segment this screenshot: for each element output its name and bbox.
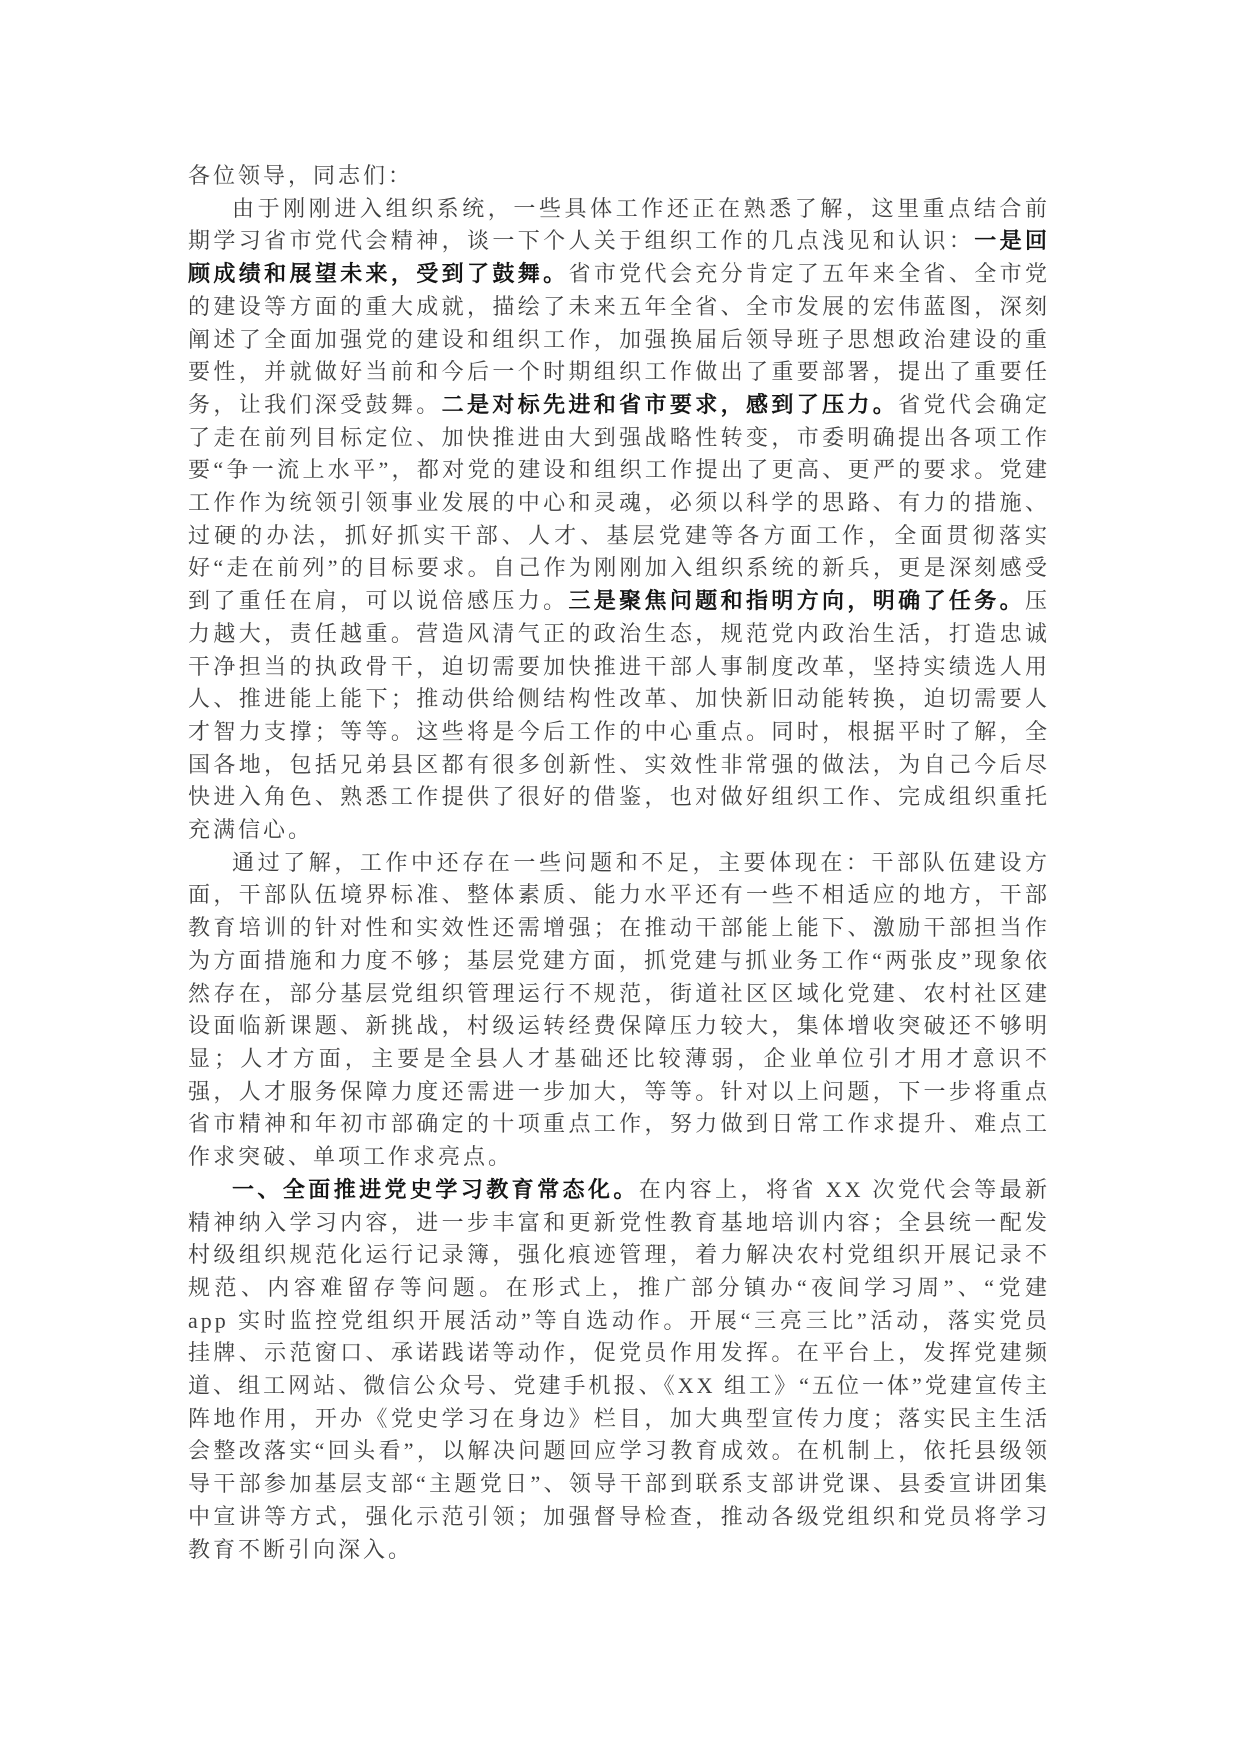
text-segment: 在内容上，将省 XX 次党代会等最新精神纳入学习内容，进一步丰富和更新党性教育基… (188, 1177, 1050, 1562)
paragraph: 一、全面推进党史学习教育常态化。在内容上，将省 XX 次党代会等最新精神纳入学习… (188, 1174, 1050, 1566)
paragraph: 由于刚刚进入组织系统，一些具体工作还正在熟悉了解，这里重点结合前期学习省市党代会… (188, 193, 1050, 847)
document-body: 由于刚刚进入组织系统，一些具体工作还正在熟悉了解，这里重点结合前期学习省市党代会… (188, 193, 1050, 1567)
text-segment: 通过了解，工作中还存在一些问题和不足，主要体现在：干部队伍建设方面，干部队伍境界… (188, 850, 1050, 1169)
text-segment: 省党代会确定了走在前列目标定位、加快推进由大到强战略性转变，市委明确提出各项工作… (188, 392, 1050, 613)
paragraph: 通过了解，工作中还存在一些问题和不足，主要体现在：干部队伍建设方面，干部队伍境界… (188, 847, 1050, 1174)
salutation: 各位领导，同志们： (188, 160, 1050, 193)
bold-emphasis: 三是聚焦问题和指明方向，明确了任务。 (568, 588, 1025, 613)
bold-emphasis: 二是对标先进和省市要求，感到了压力。 (442, 392, 899, 417)
text-segment: 压力越大，责任越重。营造风清气正的政治生态，规范党内政治生活，打造忠诚干净担当的… (188, 588, 1050, 842)
document-page: 各位领导，同志们： 由于刚刚进入组织系统，一些具体工作还正在熟悉了解，这里重点结… (0, 0, 1240, 1754)
text-segment: 由于刚刚进入组织系统，一些具体工作还正在熟悉了解，这里重点结合前期学习省市党代会… (188, 196, 1050, 254)
bold-emphasis: 一、全面推进党史学习教育常态化。 (232, 1177, 639, 1202)
